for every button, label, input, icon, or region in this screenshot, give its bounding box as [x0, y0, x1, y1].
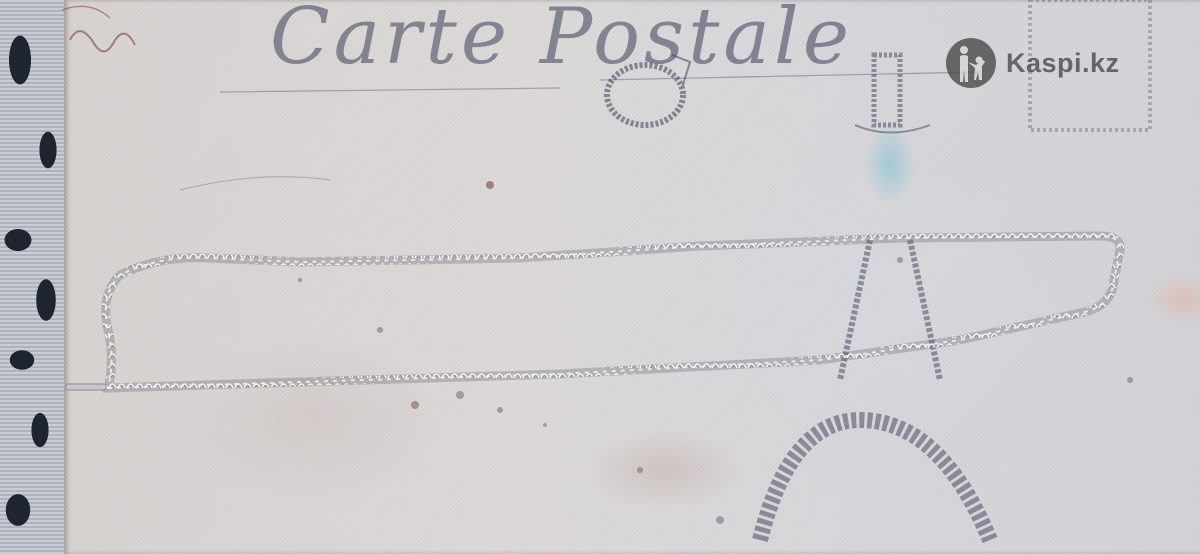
chain-clasp [66, 384, 106, 390]
ink-stains [298, 257, 1133, 524]
kaspi-family-icon [946, 38, 996, 88]
stamp-drawing [607, 55, 690, 125]
silver-chain-necklace [66, 236, 1120, 390]
kaspi-watermark: Kaspi.kz [946, 38, 1120, 88]
product-photo: Carte Postale [0, 0, 1200, 554]
watermark-text: Kaspi.kz [1006, 48, 1120, 79]
